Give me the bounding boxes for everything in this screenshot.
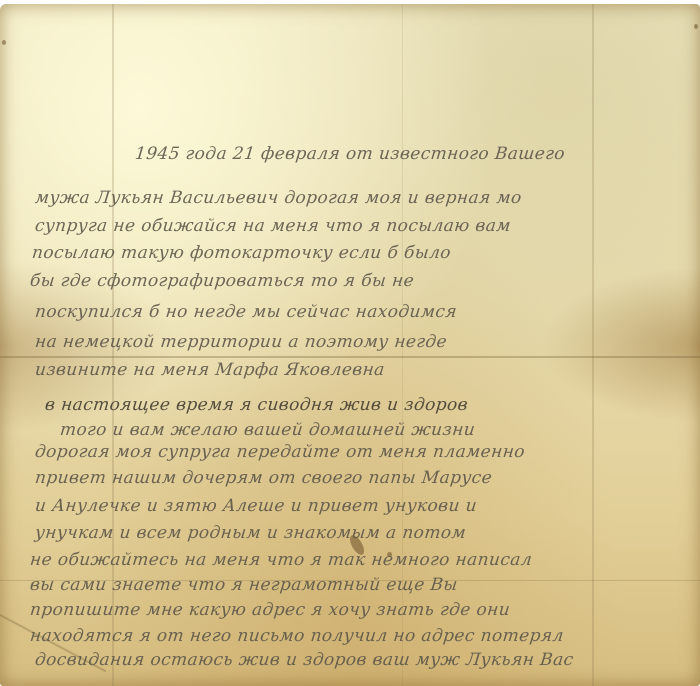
letter-line: привет нашим дочерям от своего папы Мару… (34, 468, 493, 488)
letter-line: мужа Лукьян Васильевич дорогая моя и вер… (34, 188, 523, 208)
letter-line: досвидания остаюсь жив и здоров ваш муж … (34, 650, 575, 670)
letter-line: вы сами знаете что я неграмотный еще Вы (29, 575, 459, 595)
letter-line: того и вам желаю вашей домашней жизни (59, 420, 476, 440)
letter-line: супруга не обижайся на меня что я посыла… (34, 216, 512, 236)
edge-hole (694, 24, 698, 29)
letter-line: в настоящее время я сиводня жив и здоров (44, 395, 469, 415)
edge-hole (2, 40, 6, 45)
letter-line: 1945 года 21 февраля от известного Вашег… (134, 144, 566, 164)
fold-crease (592, 4, 594, 686)
fold-crease (0, 356, 700, 358)
letter-line: дорогая моя супруга передайте от меня пл… (34, 442, 526, 462)
letter-line: на немецкой территории а поэтому негде (34, 332, 448, 352)
letter-line: пропишите мне какую адрес я хочу знать г… (29, 600, 511, 620)
letter-line: посылаю такую фотокарточку если б было (31, 243, 452, 263)
letter-line: извините на меня Марфа Яковлевна (34, 360, 386, 380)
letter-paper: 1945 года 21 февраля от известного Вашег… (0, 4, 700, 686)
letter-line: и Анулечке и зятю Алеше и привет унукови… (34, 496, 478, 516)
letter-line: не обижайтесь на меня что я так немного … (29, 550, 533, 570)
letter-line: находятся я от него письмо получил но ад… (29, 626, 565, 646)
letter-line: поскупился б но негде мы сейчас находимс… (34, 302, 458, 322)
letter-line: бы где сфотографироваться то я бы не (29, 271, 415, 291)
letter-line: унучкам и всем родным и знакомым а потом (34, 523, 467, 543)
